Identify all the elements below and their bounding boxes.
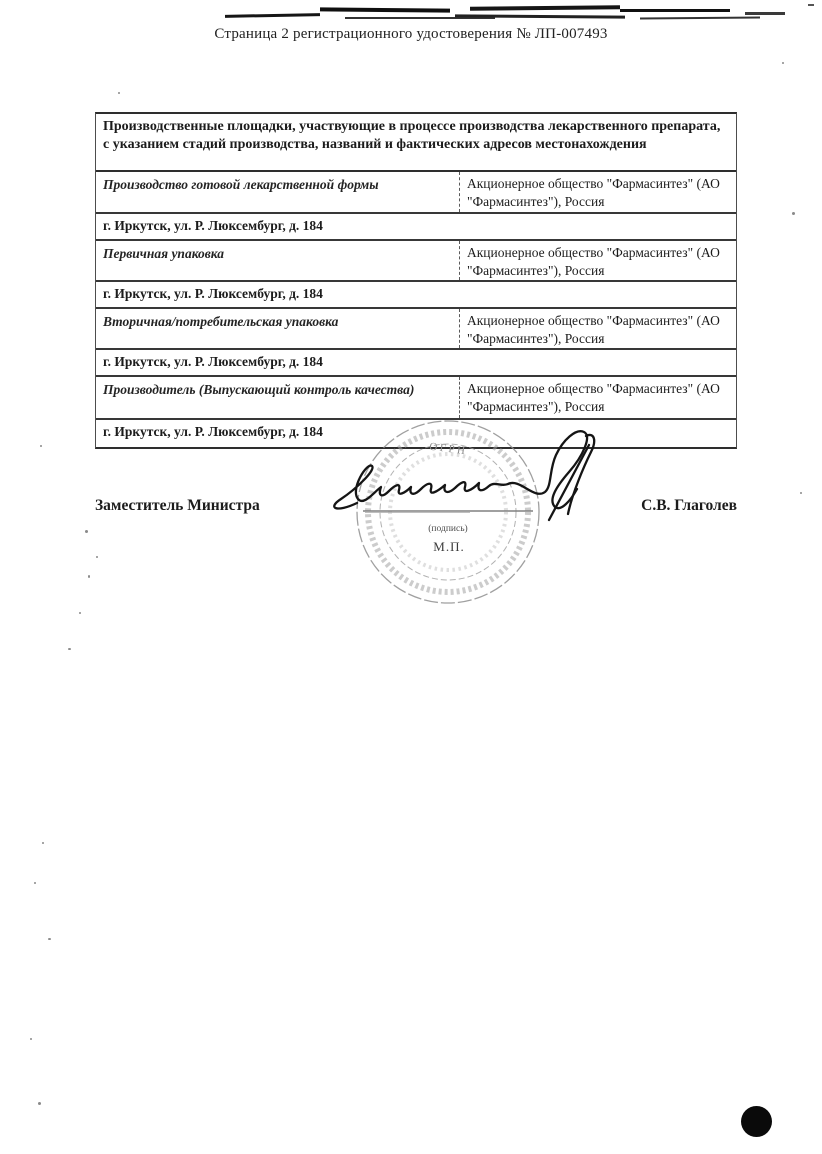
- stage-cell: Вторичная/потребительская упаковка: [96, 309, 459, 348]
- round-stamp-icon: ОГРН: [357, 421, 539, 603]
- company-cell: Акционерное общество "Фармасинтез" (АО "…: [459, 172, 736, 212]
- company-cell: Акционерное общество "Фармасинтез" (АО "…: [459, 241, 736, 280]
- page-title: Страница 2 регистрационного удостоверени…: [0, 26, 822, 43]
- signer-name: С.В. Глаголев: [641, 497, 737, 515]
- table-row: Производство готовой лекарственной формы…: [96, 172, 736, 214]
- address-cell: г. Иркутск, ул. Р. Люксембург, д. 184: [96, 350, 736, 377]
- signature-caption: (подпись): [428, 523, 467, 534]
- production-sites-table: Производственные площадки, участвующие в…: [95, 112, 737, 449]
- scan-artifact: [470, 5, 620, 11]
- black-dot-mark: [741, 1106, 772, 1137]
- table-row: Вторичная/потребительская упаковка Акцио…: [96, 309, 736, 350]
- company-cell: Акционерное общество "Фармасинтез" (АО "…: [459, 309, 736, 348]
- scan-artifact: [808, 4, 814, 6]
- scan-artifact: [320, 7, 450, 12]
- address-cell: г. Иркутск, ул. Р. Люксембург, д. 184: [96, 214, 736, 241]
- stage-cell: Первичная упаковка: [96, 241, 459, 280]
- scan-artifact: [620, 9, 730, 12]
- address-cell: г. Иркутск, ул. Р. Люксембург, д. 184: [96, 282, 736, 309]
- signer-title: Заместитель Министра: [95, 497, 260, 515]
- official-stamp-and-signature: ОГРН (подпись) М.П.: [320, 405, 620, 620]
- table-header: Производственные площадки, участвующие в…: [96, 114, 736, 172]
- table-row: Первичная упаковка Акционерное общество …: [96, 241, 736, 282]
- scan-artifact: [225, 13, 320, 18]
- scan-artifact: [745, 12, 785, 15]
- stage-cell: Производство готовой лекарственной формы: [96, 172, 459, 212]
- scanned-document-page: Страница 2 регистрационного удостоверени…: [0, 0, 822, 1154]
- seal-mark: М.П.: [433, 539, 464, 554]
- scan-artifact: [640, 16, 760, 19]
